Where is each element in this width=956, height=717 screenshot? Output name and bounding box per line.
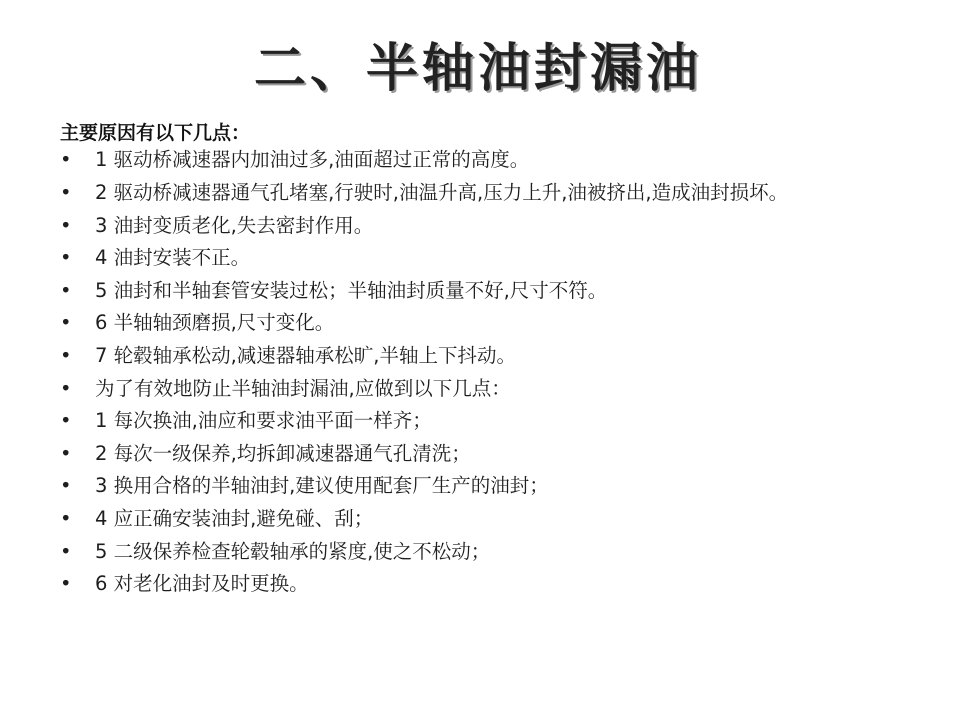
list-item-text: 1 每次换油,油应和要求油平面一样齐； [95,409,432,432]
list-item-text: 1 驱动桥减速器内加油过多,油面超过正常的高度。 [95,148,529,171]
list-item-text: 4 油封安装不正。 [95,246,250,269]
slide-title: 二、半轴油封漏油 [0,38,956,100]
bullet-icon: • [60,214,80,237]
list-item: • 1 驱动桥减速器内加油过多,油面超过正常的高度。 [60,148,920,171]
bullet-list: • 1 驱动桥减速器内加油过多,油面超过正常的高度。 • 2 驱动桥减速器通气孔… [60,148,920,605]
list-item-text: 6 对老化油封及时更换。 [95,572,309,595]
bullet-icon: • [60,377,80,400]
bullet-icon: • [60,474,80,497]
list-item: • 2 每次一级保养,均拆卸减速器通气孔清洗； [60,442,920,465]
list-item-text: 为了有效地防止半轴油封漏油,应做到以下几点： [95,377,511,400]
list-item-text: 3 油封变质老化,失去密封作用。 [95,214,373,237]
list-item: • 4 油封安装不正。 [60,246,920,269]
bullet-icon: • [60,409,80,432]
list-item-text: 5 二级保养检查轮毂轴承的紧度,使之不松动； [95,540,490,563]
list-item: • 1 每次换油,油应和要求油平面一样齐； [60,409,920,432]
list-item: • 2 驱动桥减速器通气孔堵塞,行驶时,油温升高,压力上升,油被挤出,造成油封损… [60,181,920,204]
bullet-icon: • [60,148,80,171]
list-item-text: 3 换用合格的半轴油封,建议使用配套厂生产的油封； [95,474,549,497]
list-item-text: 2 每次一级保养,均拆卸减速器通气孔清洗； [95,442,471,465]
bullet-icon: • [60,246,80,269]
bullet-icon: • [60,344,80,367]
bullet-icon: • [60,442,80,465]
list-item-text: 4 应正确安装油封,避免碰、刮； [95,507,373,530]
list-item: • 7 轮毂轴承松动,减速器轴承松旷,半轴上下抖动。 [60,344,920,367]
list-item-text: 2 驱动桥减速器通气孔堵塞,行驶时,油温升高,压力上升,油被挤出,造成油封损坏。 [95,181,788,204]
bullet-icon: • [60,181,80,204]
list-item: • 6 对老化油封及时更换。 [60,572,920,595]
list-item-text: 5 油封和半轴套管安装过松；半轴油封质量不好,尺寸不符。 [95,279,607,302]
list-item: • 3 换用合格的半轴油封,建议使用配套厂生产的油封； [60,474,920,497]
list-item: • 4 应正确安装油封,避免碰、刮； [60,507,920,530]
list-item: • 为了有效地防止半轴油封漏油,应做到以下几点： [60,377,920,400]
list-item: • 5 二级保养检查轮毂轴承的紧度,使之不松动； [60,540,920,563]
bullet-icon: • [60,507,80,530]
bullet-icon: • [60,540,80,563]
list-item: • 6 半轴轴颈磨损,尺寸变化。 [60,311,920,334]
list-item-text: 7 轮毂轴承松动,减速器轴承松旷,半轴上下抖动。 [95,344,516,367]
bullet-icon: • [60,311,80,334]
bullet-icon: • [60,572,80,595]
list-item: • 5 油封和半轴套管安装过松；半轴油封质量不好,尺寸不符。 [60,279,920,302]
bullet-icon: • [60,279,80,302]
section-subtitle: 主要原因有以下几点： [60,120,250,146]
list-item: • 3 油封变质老化,失去密封作用。 [60,214,920,237]
list-item-text: 6 半轴轴颈磨损,尺寸变化。 [95,311,334,334]
